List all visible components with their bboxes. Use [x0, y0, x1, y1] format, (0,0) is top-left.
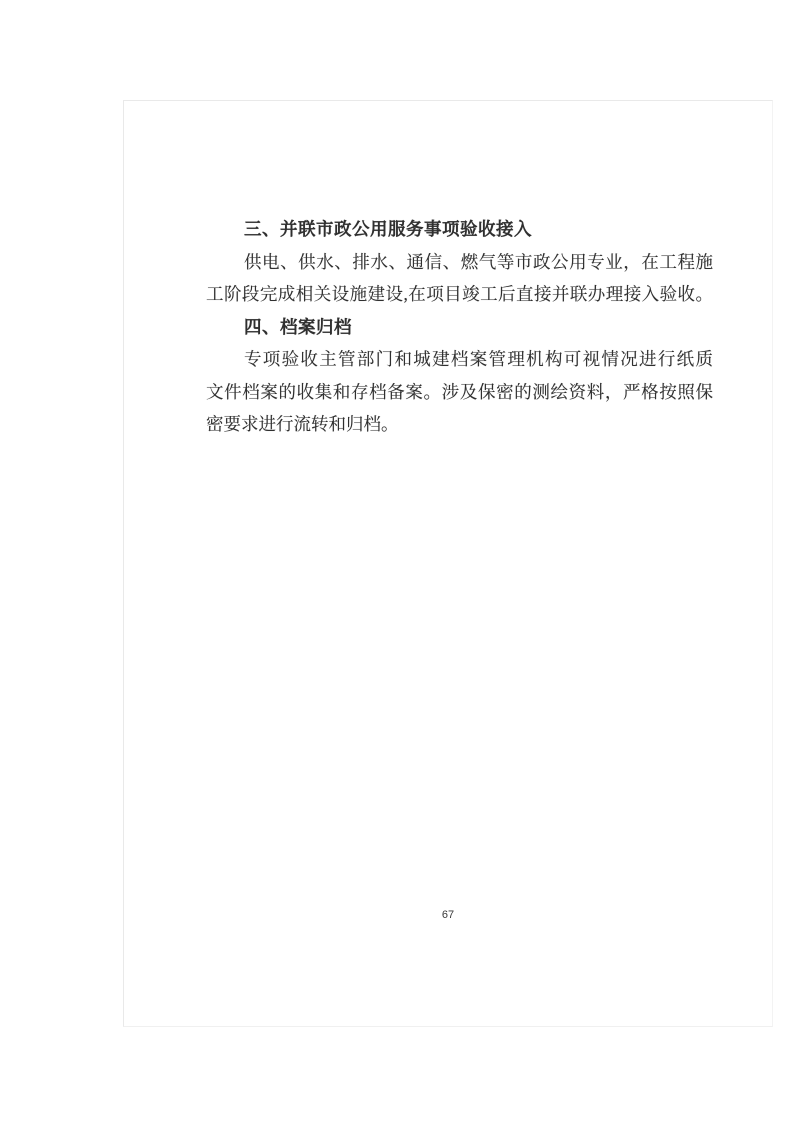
page-number: 67 [124, 907, 772, 923]
section-heading-3: 三、并联市政公用服务事项验收接入 [206, 213, 713, 246]
section-heading-4: 四、档案归档 [206, 311, 713, 344]
paragraph-line: 工阶段完成相关设施建设,在项目竣工后直接并联办理接入验收。 [206, 278, 713, 311]
page-content: 三、并联市政公用服务事项验收接入 供电、供水、排水、通信、燃气等市政公用专业，在… [206, 213, 713, 441]
paragraph-line: 文件档案的收集和存档备案。涉及保密的测绘资料，严格按照保 [206, 376, 713, 409]
paragraph-line: 供电、供水、排水、通信、燃气等市政公用专业，在工程施 [206, 246, 713, 279]
paragraph-line: 密要求进行流转和归档。 [206, 408, 713, 441]
document-page: 三、并联市政公用服务事项验收接入 供电、供水、排水、通信、燃气等市政公用专业，在… [123, 100, 773, 1027]
paragraph-line: 专项验收主管部门和城建档案管理机构可视情况进行纸质 [206, 343, 713, 376]
document-viewer: 三、并联市政公用服务事项验收接入 供电、供水、排水、通信、燃气等市政公用专业，在… [0, 0, 793, 1122]
